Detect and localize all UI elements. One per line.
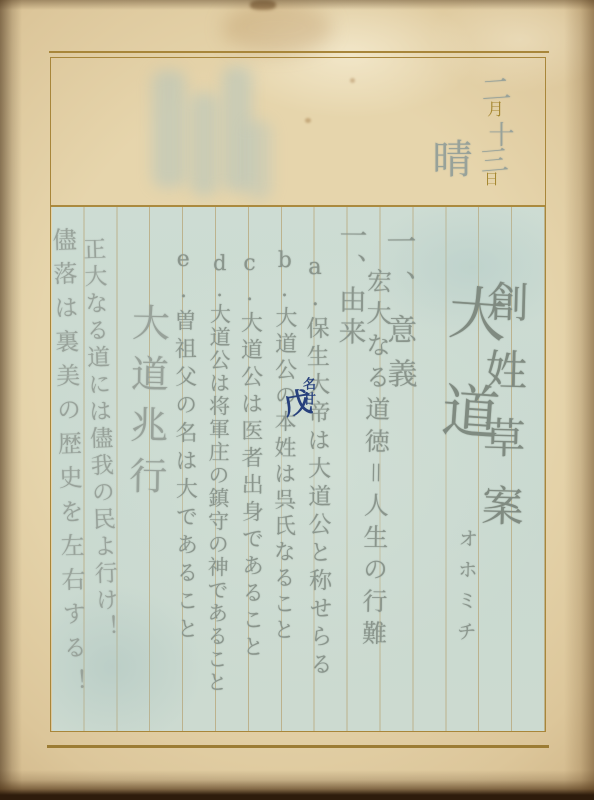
page-right-shadow [564,0,594,800]
page-top-shadow [0,0,594,10]
page-left-shadow [0,0,22,800]
frame-bottom-outer-rule [47,745,549,748]
page-bottom-shadow [0,770,594,800]
age-stain [222,2,332,54]
frame-top-outer-rule [49,51,549,53]
printed-frame [50,57,546,732]
scanned-diary-page: 二 月 十 三 日 晴 創姓草案 大道 オホミチ 一、意義 宏大なる道徳＝人生の… [0,0,594,800]
ink-smudge [250,0,276,10]
